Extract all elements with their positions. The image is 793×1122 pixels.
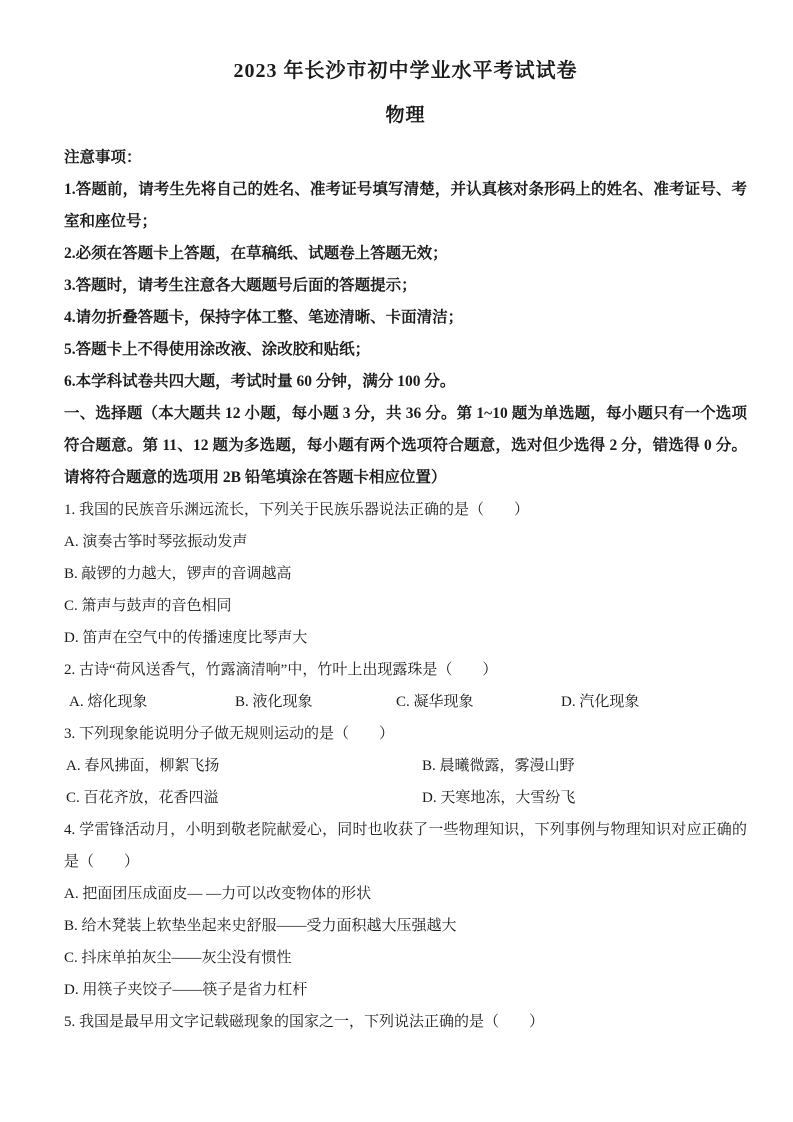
note-item-3: 3.答题时，请考生注意各大题题号后面的答题提示； <box>64 270 747 302</box>
note-item-1: 1.答题前，请考生先将自己的姓名、准考证号填写清楚，并认真核对条形码上的姓名、准… <box>64 174 747 238</box>
question-3-option-a: A. 春风拂面，柳絮飞扬 <box>66 750 422 782</box>
paper-subject: 物理 <box>64 101 747 131</box>
question-3-option-b: B. 晨曦微露，雾漫山野 <box>422 750 747 782</box>
question-1-option-c: C. 箫声与鼓声的音色相同 <box>64 590 747 622</box>
question-1-option-d: D. 笛声在空气中的传播速度比琴声大 <box>64 622 747 654</box>
question-5: 5. 我国是最早用文字记载磁现象的国家之一，下列说法正确的是（ ） <box>64 1006 747 1038</box>
question-2: 2. 古诗“荷风送香气，竹露滴清响”中，竹叶上出现露珠是（ ） A. 熔化现象 … <box>64 654 747 718</box>
question-2-option-b: B. 液化现象 <box>235 686 396 718</box>
question-3-options: A. 春风拂面，柳絮飞扬 B. 晨曦微露，雾漫山野 C. 百花齐放，花香四溢 D… <box>64 750 747 814</box>
question-3-stem: 3. 下列现象能说明分子做无规则运动的是（ ） <box>64 718 747 750</box>
question-4-stem: 4. 学雷锋活动月，小明到敬老院献爱心，同时也收获了一些物理知识，下列事例与物理… <box>64 814 747 878</box>
notes-heading: 注意事项： <box>64 142 747 174</box>
exam-paper-page: 2023 年长沙市初中学业水平考试试卷 物理 注意事项： 1.答题前，请考生先将… <box>0 0 793 1122</box>
note-item-2: 2.必须在答题卡上答题，在草稿纸、试题卷上答题无效； <box>64 238 747 270</box>
question-4: 4. 学雷锋活动月，小明到敬老院献爱心，同时也收获了一些物理知识，下列事例与物理… <box>64 814 747 1006</box>
question-2-option-c: C. 凝华现象 <box>396 686 561 718</box>
question-4-option-d: D. 用筷子夹饺子——筷子是省力杠杆 <box>64 974 747 1006</box>
question-3-option-d: D. 天寒地冻，大雪纷飞 <box>422 782 747 814</box>
question-1-option-b: B. 敲锣的力越大，锣声的音调越高 <box>64 558 747 590</box>
paper-title: 2023 年长沙市初中学业水平考试试卷 <box>64 56 747 86</box>
note-item-6: 6.本学科试卷共四大题，考试时量 60 分钟，满分 100 分。 <box>64 366 747 398</box>
question-4-option-c: C. 抖床单拍灰尘——灰尘没有惯性 <box>64 942 747 974</box>
question-2-option-a: A. 熔化现象 <box>69 686 235 718</box>
question-1-option-a: A. 演奏古筝时琴弦振动发声 <box>64 526 747 558</box>
question-1-stem: 1. 我国的民族音乐渊远流长，下列关于民族乐器说法正确的是（ ） <box>64 494 747 526</box>
question-2-stem: 2. 古诗“荷风送香气，竹露滴清响”中，竹叶上出现露珠是（ ） <box>64 654 747 686</box>
question-2-option-d: D. 汽化现象 <box>561 686 747 718</box>
note-item-4: 4.请勿折叠答题卡，保持字体工整、笔迹清晰、卡面清洁； <box>64 302 747 334</box>
question-4-option-b: B. 给木凳装上软垫坐起来史舒服——受力面积越大压强越大 <box>64 910 747 942</box>
question-2-options: A. 熔化现象 B. 液化现象 C. 凝华现象 D. 汽化现象 <box>64 686 747 718</box>
notes-section: 注意事项： 1.答题前，请考生先将自己的姓名、准考证号填写清楚，并认真核对条形码… <box>64 142 747 398</box>
question-1: 1. 我国的民族音乐渊远流长，下列关于民族乐器说法正确的是（ ） A. 演奏古筝… <box>64 494 747 654</box>
question-3-option-c: C. 百花齐放，花香四溢 <box>66 782 422 814</box>
question-4-option-a: A. 把面团压成面皮— —力可以改变物体的形状 <box>64 878 747 910</box>
question-3: 3. 下列现象能说明分子做无规则运动的是（ ） A. 春风拂面，柳絮飞扬 B. … <box>64 718 747 814</box>
section-heading: 一、选择题（本大题共 12 小题，每小题 3 分，共 36 分。第 1~10 题… <box>64 398 747 494</box>
note-item-5: 5.答题卡上不得使用涂改液、涂改胶和贴纸； <box>64 334 747 366</box>
question-5-stem: 5. 我国是最早用文字记载磁现象的国家之一，下列说法正确的是（ ） <box>64 1006 747 1038</box>
